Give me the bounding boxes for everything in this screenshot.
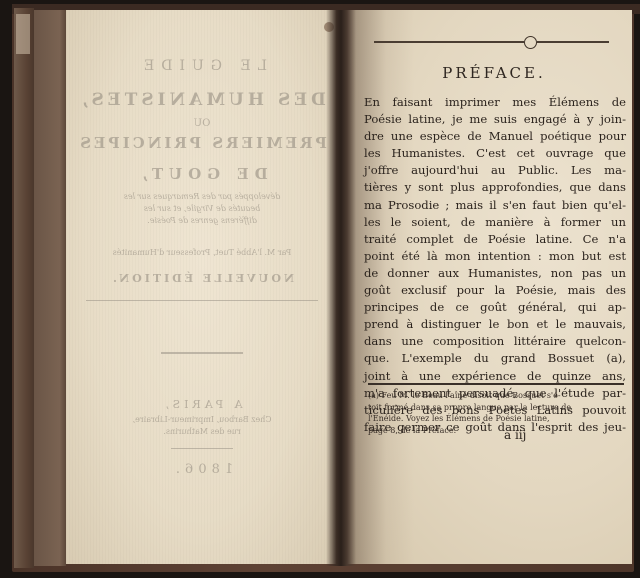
divider-rule xyxy=(161,352,243,354)
text-line: prend à distinguer le bon et le mauvais, xyxy=(364,316,626,333)
title-le-guide: LE GUIDE xyxy=(66,58,338,74)
ornament-medallion xyxy=(524,36,537,49)
book-gutter xyxy=(326,10,356,566)
divider-rule xyxy=(171,448,233,449)
spine-binding xyxy=(14,8,34,568)
footnote-line: l'Enéide. Voyez les Élémens de Poésie la… xyxy=(368,413,624,425)
text-line: tières y sont plus approfondies, que dan… xyxy=(364,179,626,196)
imprint-year: 1806. xyxy=(66,462,338,477)
endpaper-edge xyxy=(34,10,66,566)
footnote-line: page 8, de la Préface. xyxy=(368,425,624,437)
subtitle-line-1: développés par des Remarques sur les xyxy=(66,192,338,201)
footnote-rule xyxy=(368,383,624,385)
text-line: j'offre aujourd'hui au Public. Les ma- xyxy=(364,162,626,179)
publisher-line-1: Chez Barbou, Imprimeur-Libraire, xyxy=(66,415,338,424)
imprint-place: A PARIS, xyxy=(66,398,338,411)
author-line: Par M. l'Abbé Tuet, Professeur d'Humanit… xyxy=(66,248,338,257)
text-line: traité complet de Poésie latine. Ce n'a xyxy=(364,231,626,248)
subtitle-line-2: beautés de Virgile, et sur les xyxy=(66,204,338,213)
footnote: (a) Feu M. le Beau l'aîné disoit que Bos… xyxy=(368,390,624,436)
header-ornament xyxy=(374,36,614,48)
signature-mark: a iij xyxy=(504,428,526,442)
title-de-gout: DE GOUT, xyxy=(66,165,338,183)
text-line: que. L'exemple du grand Bossuet (a), xyxy=(364,350,626,367)
text-line: les le soient, de manière à former un xyxy=(364,214,626,231)
divider-rule xyxy=(86,300,318,301)
text-line: ma Prosodie ; mais il s'en faut bien qu'… xyxy=(364,197,626,214)
footnote-line: (a) Feu M. le Beau l'aîné disoit que Bos… xyxy=(368,390,624,402)
text-line: goût exclusif pour la Poésie, mais des xyxy=(364,282,626,299)
title-ou: OU xyxy=(66,118,338,129)
right-page-preface: PRÉFACE. En faisant imprimer mes Élémens… xyxy=(344,10,632,564)
show-through-title-text: LE GUIDE DES HUMANISTES, OU PREMIERS PRI… xyxy=(66,10,338,564)
text-line: dre une espèce de Manuel poétique pour xyxy=(364,128,626,145)
left-page-title-verso: LE GUIDE DES HUMANISTES, OU PREMIERS PRI… xyxy=(66,10,338,564)
title-premiers-principes: PREMIERS PRINCIPES xyxy=(66,134,338,152)
ornament-bar-left xyxy=(374,41,524,43)
text-line: Poésie latine, je me suis engagé à y joi… xyxy=(364,111,626,128)
footnote-line: toit formé dans sa propre langue par la … xyxy=(368,402,624,414)
text-line: principes de ce goût général, qui ap- xyxy=(364,299,626,316)
text-line: point été là mon intention : mon but est xyxy=(364,248,626,265)
text-line: dans une composition littéraire quelcon- xyxy=(364,333,626,350)
publisher-line-2: rue des Mathurins. xyxy=(66,427,338,436)
ornament-bar-right xyxy=(537,41,609,43)
torn-binding-edge xyxy=(16,14,30,54)
text-line: En faisant imprimer mes Élémens de xyxy=(364,94,626,111)
title-des-humanistes: DES HUMANISTES, xyxy=(66,90,338,110)
subtitle-line-3: différens genres de Poésie. xyxy=(66,216,338,225)
text-line: de donner aux Humanistes, non pas un xyxy=(364,265,626,282)
page-title: PRÉFACE. xyxy=(384,64,604,82)
text-line: les Humanistes. C'est cet ouvrage que xyxy=(364,145,626,162)
edition-line: NOUVELLE ÉDITION. xyxy=(66,272,338,285)
